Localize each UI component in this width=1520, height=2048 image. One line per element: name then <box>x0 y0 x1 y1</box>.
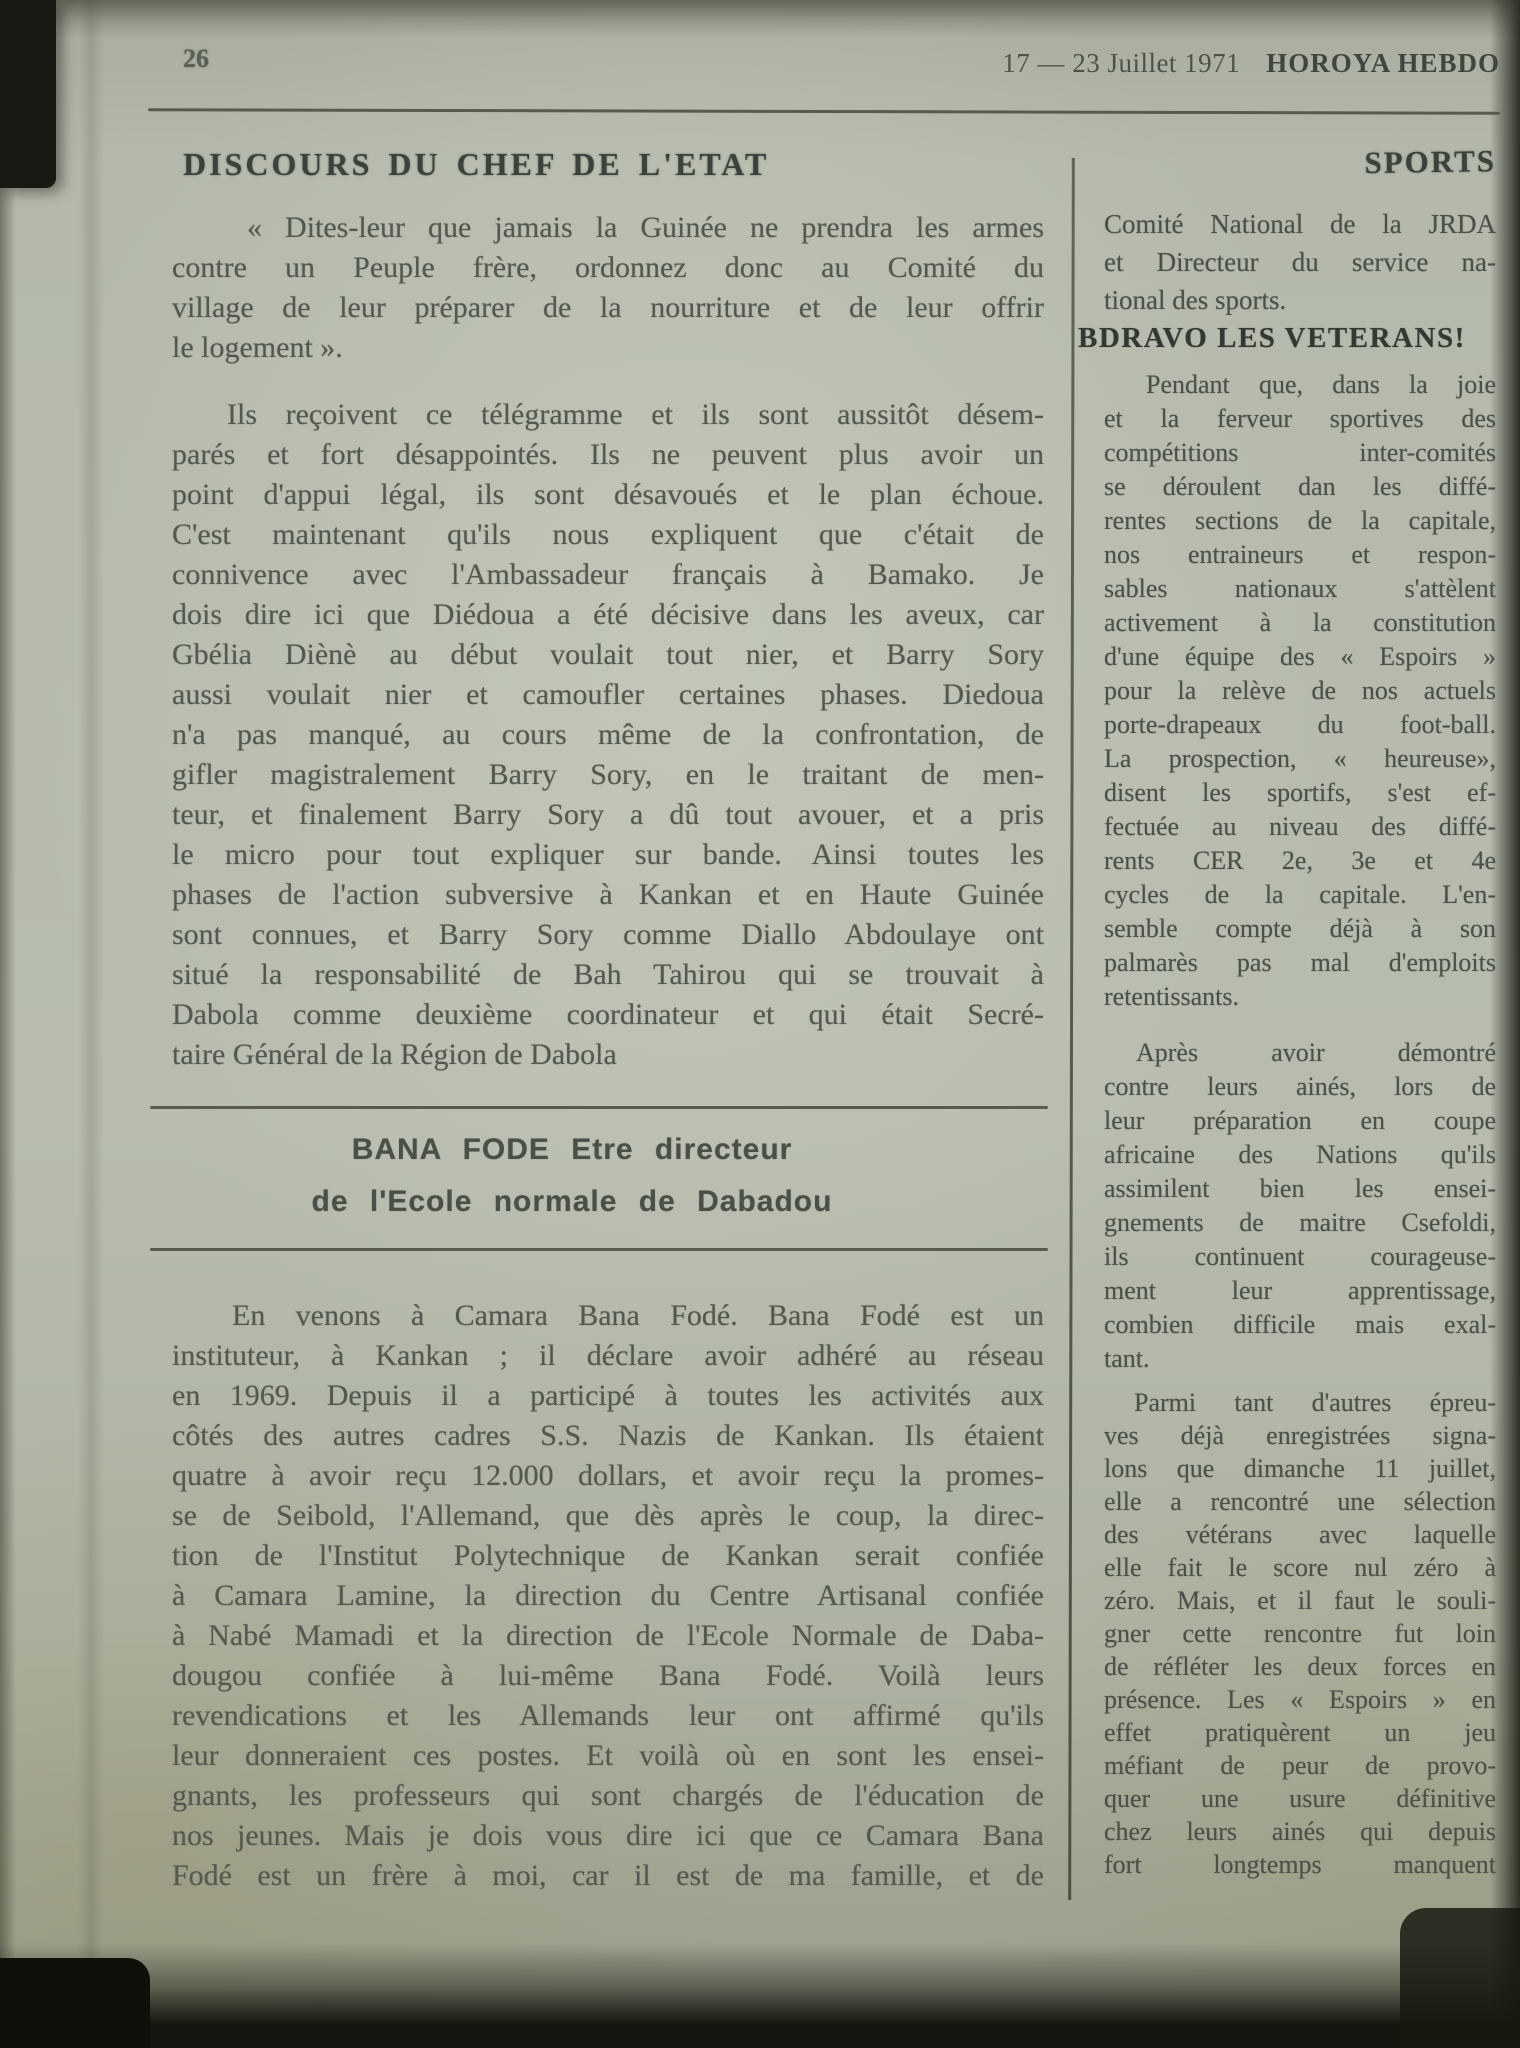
text-line: le micro pour tout expliquer sur bande. … <box>172 835 1044 875</box>
text-line: Pendant que, dans la joie <box>1104 368 1496 402</box>
text-line: contre leurs ainés, lors de <box>1104 1070 1496 1104</box>
text-line: se de Seibold, l'Allemand, que dès après… <box>172 1496 1044 1536</box>
text-line: village de leur préparer de la nourritur… <box>172 288 1044 328</box>
text-line: combien difficile mais exal- <box>1104 1308 1496 1342</box>
scanned-newspaper-page: 26 17 — 23 Juillet 1971 HOROYA HEBDO DIS… <box>0 0 1520 2048</box>
paragraph-bana-fode: En venons à Camara Bana Fodé. Bana Fodé … <box>172 1296 1044 1896</box>
text-line: point d'appui légal, ils sont désavoués … <box>172 475 1044 515</box>
scan-edge-bottom <box>0 1943 1520 2048</box>
text-line: tion de l'Institut Polytechnique de Kank… <box>172 1536 1044 1576</box>
text-line: retentissants. <box>1104 980 1496 1014</box>
text-line: lons que dimanche 11 juillet, <box>1104 1452 1496 1485</box>
text-line: En venons à Camara Bana Fodé. Bana Fodé … <box>172 1296 1044 1336</box>
text-line: Gbélia Diènè au début voulait tout nier,… <box>172 635 1044 675</box>
text-line: des vétérans avec laquelle <box>1104 1518 1496 1551</box>
paragraph-sports-2: Après avoir démontrécontre leurs ainés, … <box>1104 1036 1496 1376</box>
paragraph-sports-intro: Comité National de la JRDAet Directeur d… <box>1104 205 1496 319</box>
scan-corner-bottom-right <box>1400 1908 1520 2048</box>
text-line: rents CER 2e, 3e et 4e <box>1104 844 1496 878</box>
text-line: elle fait le score nul zéro à <box>1104 1551 1496 1584</box>
subhead-bana-line1: BANA FODE Etre directeur <box>138 1124 1006 1176</box>
subhead-rule-bottom <box>150 1248 1048 1251</box>
text-line: sables nationaux s'attèlent <box>1104 572 1496 606</box>
text-line: en 1969. Depuis il a participé à toutes … <box>172 1376 1044 1416</box>
text-line: disent les sportifs, s'est ef- <box>1104 776 1496 810</box>
text-line: Ils reçoivent ce télégramme et ils sont … <box>172 395 1044 435</box>
text-line: leur donneraient ces postes. Et voilà où… <box>172 1736 1044 1776</box>
text-line: et la ferveur sportives des <box>1104 402 1496 436</box>
text-line: effet pratiquèrent un jeu <box>1104 1716 1496 1749</box>
scan-edge-top <box>0 0 1520 38</box>
text-line: d'une équipe des « Espoirs » <box>1104 640 1496 674</box>
text-line: compétitions inter-comités <box>1104 436 1496 470</box>
text-line: leur préparation en coupe <box>1104 1104 1496 1138</box>
text-line: instituteur, à Kankan ; il déclare avoir… <box>172 1336 1044 1376</box>
text-line: assimilent bien les ensei- <box>1104 1172 1496 1206</box>
text-line: Comité National de la JRDA <box>1104 205 1496 243</box>
text-line: tant. <box>1104 1342 1496 1376</box>
text-line: fort longtemps manquent <box>1104 1848 1496 1881</box>
text-line: gner cette rencontre fut loin <box>1104 1617 1496 1650</box>
text-line: quer une usure définitive <box>1104 1782 1496 1815</box>
paragraph-quote: « Dites-leur que jamais la Guinée ne pre… <box>172 208 1044 368</box>
header: 17 — 23 Juillet 1971 HOROYA HEBDO <box>1048 48 1500 79</box>
text-line: ils continuent courageuse- <box>1104 1240 1496 1274</box>
text-line: phases de l'action subversive à Kankan e… <box>172 875 1044 915</box>
article-headline-discours: DISCOURS DU CHEF DE L'ETAT <box>183 146 769 183</box>
section-headline-sports: SPORTS <box>1104 143 1496 184</box>
text-line: le logement ». <box>172 328 1044 368</box>
text-line: revendications et les Allemands leur ont… <box>172 1696 1044 1736</box>
text-line: méfiant de peur de provo- <box>1104 1749 1496 1782</box>
text-line: tional des sports. <box>1104 281 1496 319</box>
text-line: zéro. Mais, et il faut le souli- <box>1104 1584 1496 1617</box>
text-line: cycles de la capitale. L'en- <box>1104 878 1496 912</box>
paragraph-sports-1: Pendant que, dans la joieet la ferveur s… <box>1104 368 1496 1014</box>
text-line: dougou confiée à lui-même Bana Fodé. Voi… <box>172 1656 1044 1696</box>
text-line: présence. Les « Espoirs » en <box>1104 1683 1496 1716</box>
text-line: La prospection, « heureuse», <box>1104 742 1496 776</box>
page-number: 26 <box>183 44 209 74</box>
text-line: gnants, les professeurs qui sont chargés… <box>172 1776 1044 1816</box>
scan-corner-top-left <box>0 0 56 188</box>
text-line: et Directeur du service na- <box>1104 243 1496 281</box>
text-line: chez leurs ainés qui depuis <box>1104 1815 1496 1848</box>
text-line: parés et fort désappointés. Ils ne peuve… <box>172 435 1044 475</box>
text-line: Après avoir démontré <box>1104 1036 1496 1070</box>
text-line: C'est maintenant qu'ils nous expliquent … <box>172 515 1044 555</box>
subhead-rule-top <box>150 1106 1048 1109</box>
masthead: HOROYA HEBDO <box>1266 48 1500 79</box>
text-line: se déroulent dan les diffé- <box>1104 470 1496 504</box>
text-line: ves déjà enregistrées signa- <box>1104 1419 1496 1452</box>
text-line: fectuée au niveau des diffé- <box>1104 810 1496 844</box>
text-line: quatre à avoir reçu 12.000 dollars, et a… <box>172 1456 1044 1496</box>
text-line: côtés des autres cadres S.S. Nazis de Ka… <box>172 1416 1044 1456</box>
text-line: à Camara Lamine, la direction du Centre … <box>172 1576 1044 1616</box>
text-line: contre un Peuple frère, ordonnez donc au… <box>172 248 1044 288</box>
text-line: Fodé est un frère à moi, car il est de m… <box>172 1856 1044 1896</box>
text-line: elle a rencontré une sélection <box>1104 1485 1496 1518</box>
text-line: porte-drapeaux du foot-ball. <box>1104 708 1496 742</box>
text-line: sont connues, et Barry Sory comme Diallo… <box>172 915 1044 955</box>
text-line: à Nabé Mamadi et la direction de l'Ecole… <box>172 1616 1044 1656</box>
text-line: gifler magistralement Barry Sory, en le … <box>172 755 1044 795</box>
text-line: activement à la constitution <box>1104 606 1496 640</box>
text-line: situé la responsabilité de Bah Tahirou q… <box>172 955 1044 995</box>
text-line: palmarès pas mal d'emploits <box>1104 946 1496 980</box>
text-line: dois dire ici que Diédoua a été décisive… <box>172 595 1044 635</box>
text-line: taire Général de la Région de Dabola <box>172 1035 1044 1075</box>
issue-date: 17 — 23 Juillet 1971 <box>1002 48 1240 79</box>
subhead-bana-fode: BANA FODE Etre directeur de l'Ecole norm… <box>138 1124 1006 1228</box>
column-divider <box>1068 158 1075 1900</box>
subhead-bravo-veterans: BDRAVO LES VETERANS! <box>1078 322 1498 355</box>
paragraph-sports-3: Parmi tant d'autres épreu-ves déjà enreg… <box>1104 1386 1496 1881</box>
text-line: gnements de maitre Csefoldi, <box>1104 1206 1496 1240</box>
text-line: aussi voulait nier et camoufler certaine… <box>172 675 1044 715</box>
scan-edge-left <box>0 150 16 2000</box>
paragraph-main: Ils reçoivent ce télégramme et ils sont … <box>172 395 1044 1075</box>
text-line: nos jeunes. Mais je dois vous dire ici q… <box>172 1816 1044 1856</box>
text-line: pour la relève de nos actuels <box>1104 674 1496 708</box>
paper-crease <box>78 0 104 2048</box>
text-line: Dabola comme deuxième coordinateur et qu… <box>172 995 1044 1035</box>
text-line: africaine des Nations qu'ils <box>1104 1138 1496 1172</box>
text-line: « Dites-leur que jamais la Guinée ne pre… <box>172 208 1044 248</box>
text-line: teur, et finalement Barry Sory a dû tout… <box>172 795 1044 835</box>
subhead-bana-line2: de l'Ecole normale de Dabadou <box>138 1176 1006 1228</box>
text-line: nos entraineurs et respon- <box>1104 538 1496 572</box>
text-line: Parmi tant d'autres épreu- <box>1104 1386 1496 1419</box>
text-line: ment leur apprentissage, <box>1104 1274 1496 1308</box>
scan-corner-bottom-left <box>0 1958 150 2048</box>
text-line: rentes sections de la capitale, <box>1104 504 1496 538</box>
text-line: semble compte déjà à son <box>1104 912 1496 946</box>
text-line: n'a pas manqué, au cours même de la conf… <box>172 715 1044 755</box>
header-rule <box>148 108 1500 115</box>
text-line: de réfléter les deux forces en <box>1104 1650 1496 1683</box>
text-line: connivence avec l'Ambassadeur français à… <box>172 555 1044 595</box>
